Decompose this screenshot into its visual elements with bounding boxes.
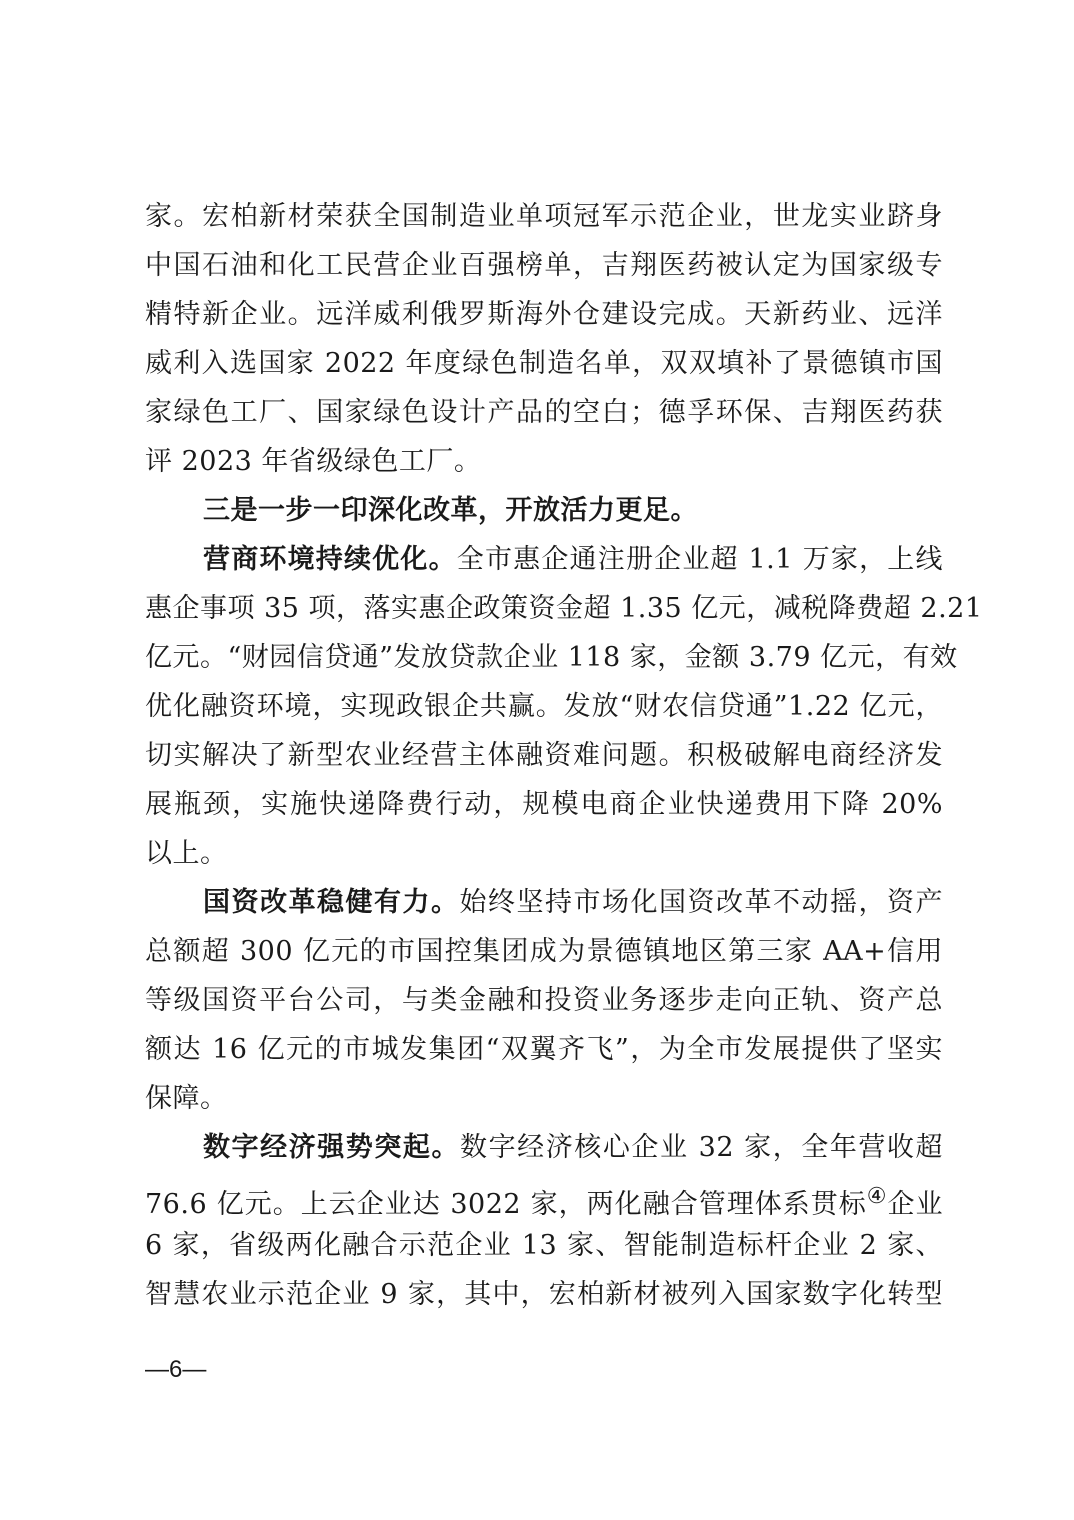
paragraph-first-line: 营商环境持续优化。全市惠企通注册企业超 1.1 万家，上线 — [145, 535, 943, 584]
text-line: 威利入选国家 2022 年度绿色制造名单，双双填补了景德镇市国 — [145, 339, 943, 388]
footnote-marker[interactable]: ④ — [867, 1184, 888, 1209]
text-span: 企业 — [887, 1189, 943, 1220]
text-line: 惠企事项 35 项，落实惠企政策资金超 1.35 亿元，减税降费超 2.21 — [145, 584, 943, 633]
text-line: 家绿色工厂、国家绿色设计产品的空白；德孚环保、吉翔医药获 — [145, 388, 943, 437]
text-line: 额达 16 亿元的市城发集团“双翼齐飞”，为全市发展提供了坚实 — [145, 1025, 943, 1074]
text-line: 中国石油和化工民营企业百强榜单，吉翔医药被认定为国家级专 — [145, 241, 943, 290]
paragraph-title: 数字经济强势突起。 — [203, 1132, 460, 1163]
text-span: 全市惠企通注册企业超 1.1 万家，上线 — [457, 544, 943, 575]
paragraph-title: 营商环境持续优化。 — [203, 544, 457, 575]
text-line: 精特新企业。远洋威利俄罗斯海外仓建设完成。天新药业、远洋 — [145, 290, 943, 339]
text-line: 保障。 — [145, 1074, 943, 1123]
text-line: 总额超 300 亿元的市国控集团成为景德镇地区第三家 AA+信用 — [145, 927, 943, 976]
text-line: 评 2023 年省级绿色工厂。 — [145, 437, 943, 486]
text-line: 家。宏柏新材荣获全国制造业单项冠军示范企业，世龙实业跻身 — [145, 192, 943, 241]
text-line: 76.6 亿元。上云企业达 3022 家，两化融合管理体系贯标④企业 — [145, 1172, 943, 1221]
text-span: 76.6 亿元。上云企业达 3022 家，两化融合管理体系贯标 — [145, 1189, 867, 1220]
document-page: 家。宏柏新材荣获全国制造业单项冠军示范企业，世龙实业跻身 中国石油和化工民营企业… — [145, 192, 943, 1319]
section-heading: 三是一步一印深化改革，开放活力更足。 — [145, 486, 943, 535]
text-line: 6 家，省级两化融合示范企业 13 家、智能制造标杆企业 2 家、 — [145, 1221, 943, 1270]
text-line: 展瓶颈，实施快递降费行动，规模电商企业快递费用下降 20% — [145, 780, 943, 829]
text-span: 始终坚持市场化国资改革不动摇，资产 — [460, 887, 944, 918]
paragraph-first-line: 数字经济强势突起。数字经济核心企业 32 家，全年营收超 — [145, 1123, 943, 1172]
text-line: 优化融资环境，实现政银企共赢。发放“财农信贷通”1.22 亿元， — [145, 682, 943, 731]
text-line: 以上。 — [145, 829, 943, 878]
text-line: 亿元。“财园信贷通”发放贷款企业 118 家，金额 3.79 亿元，有效 — [145, 633, 943, 682]
page-number: —6— — [145, 1356, 206, 1384]
text-line: 智慧农业示范企业 9 家，其中，宏柏新材被列入国家数字化转型 — [145, 1270, 943, 1319]
text-span: 数字经济核心企业 32 家，全年营收超 — [460, 1132, 943, 1163]
text-line: 等级国资平台公司，与类金融和投资业务逐步走向正轨、资产总 — [145, 976, 943, 1025]
paragraph-title: 国资改革稳健有力。 — [203, 887, 460, 918]
paragraph-first-line: 国资改革稳健有力。始终坚持市场化国资改革不动摇，资产 — [145, 878, 943, 927]
text-line: 切实解决了新型农业经营主体融资难问题。积极破解电商经济发 — [145, 731, 943, 780]
